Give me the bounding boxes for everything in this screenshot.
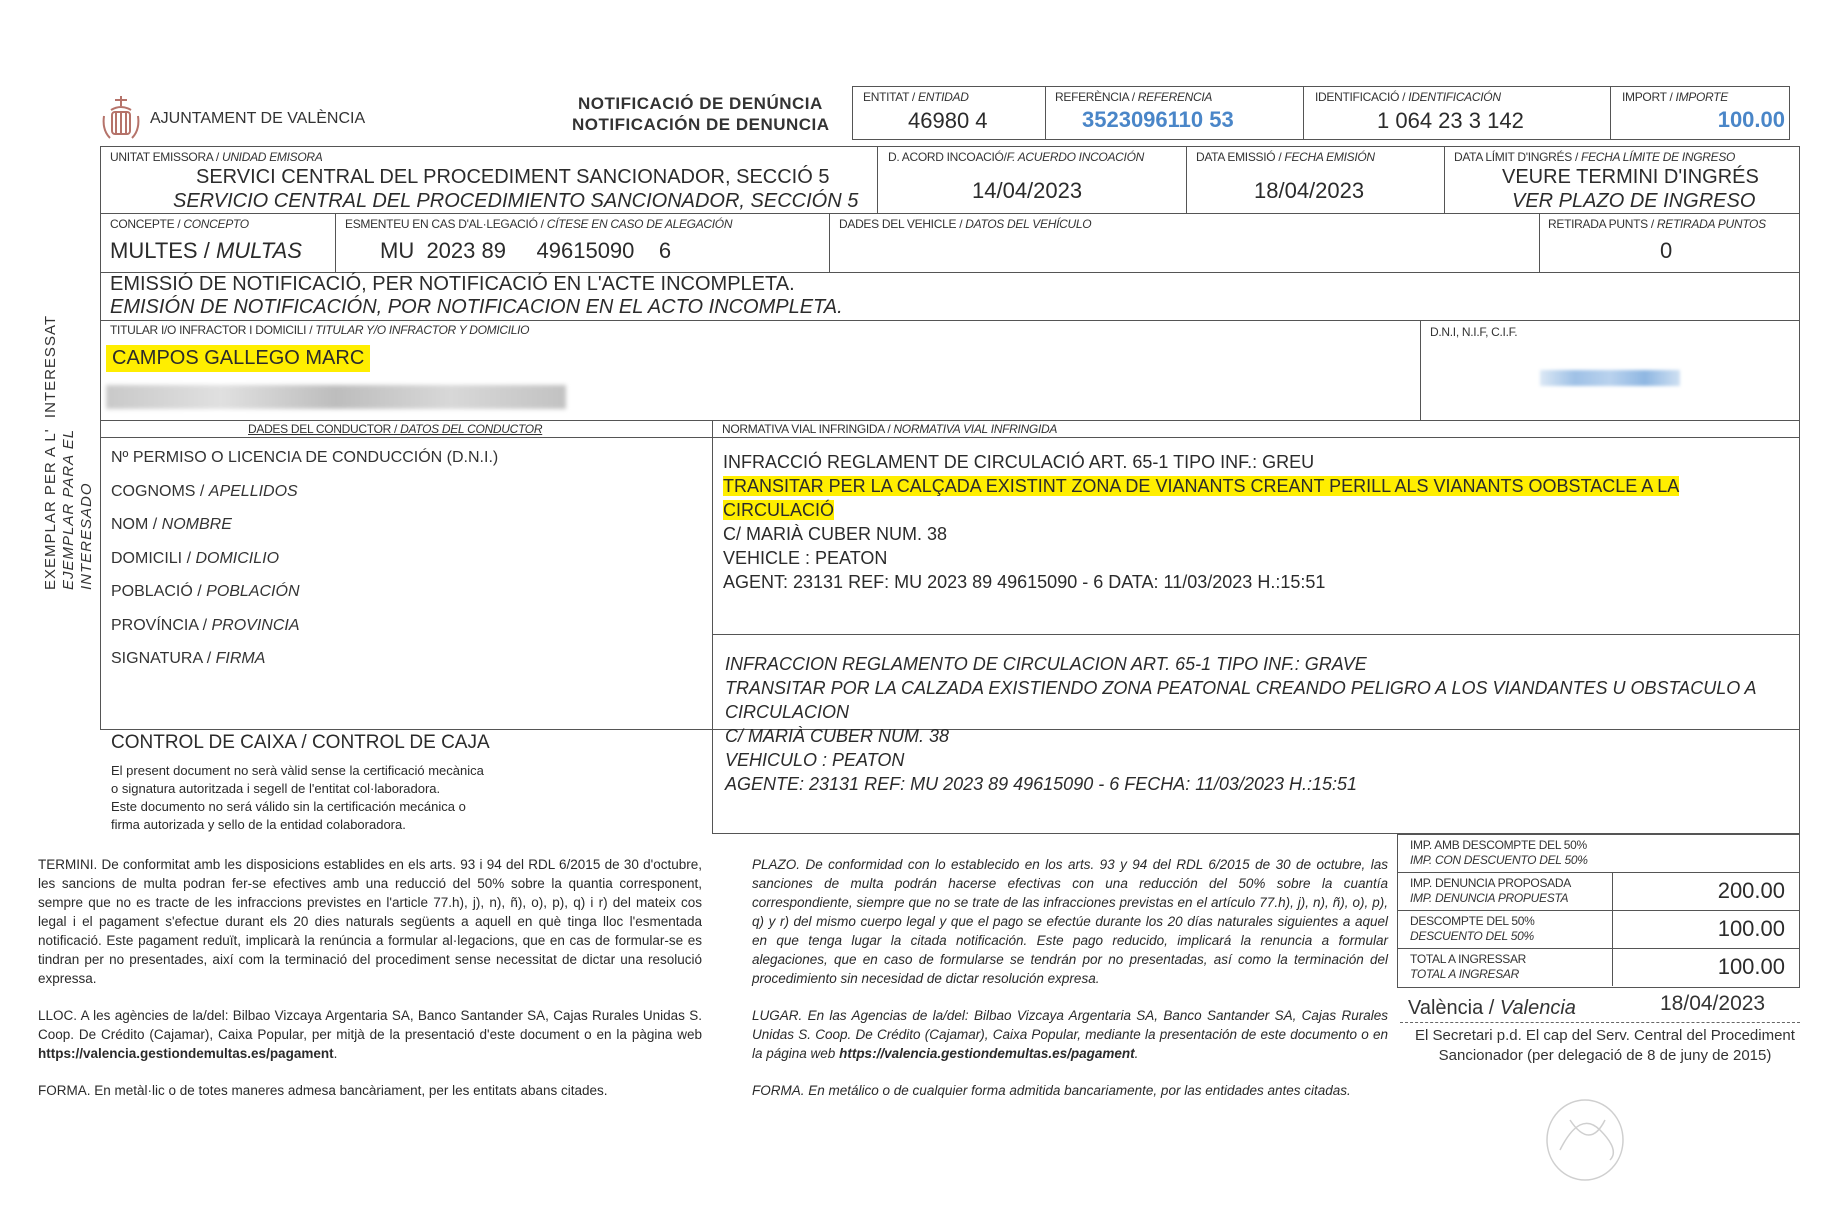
limit-label: DATA LÍMIT D'INGRÉS / FECHA LÍMITE DE IN… (1454, 150, 1735, 164)
lloc-text: LLOC. A les agències de la/del: Bilbao V… (38, 1006, 702, 1063)
amount-value: 100.00 (1718, 954, 1785, 980)
vehicle-label: DADES DEL VEHICLE / DATOS DEL VEHÍCULO (839, 217, 1091, 231)
normativa-es-box (712, 634, 1800, 834)
titular-label: TITULAR I/O INFRACTOR I DOMICILI / TITUL… (110, 323, 529, 337)
side-label: EXEMPLAR PER A L' INTERESSAT EJEMPLAR PA… (42, 330, 96, 590)
org-name: AJUNTAMENT DE VALÈNCIA (150, 110, 365, 128)
stamp-icon (1540, 1090, 1630, 1190)
conductor-field: NOM / NOMBRE (111, 513, 701, 547)
dni-label: D.N.I, N.I.F, C.I.F. (1430, 325, 1517, 339)
conductor-fields: Nº PERMISO O LICENCIA DE CONDUCCIÓN (D.N… (111, 446, 701, 681)
amount-label: TOTAL A INGRESSARTOTAL A INGRESAR (1410, 952, 1526, 982)
normativa-ca: INFRACCIÓ REGLAMENT DE CIRCULACIÓ ART. 6… (723, 450, 1679, 594)
identificacio-value: 1 064 23 3 142 (1377, 108, 1524, 134)
unitat-value-ca: SERVICI CENTRAL DEL PROCEDIMENT SANCIONA… (196, 166, 829, 189)
caixa-title: CONTROL DE CAIXA / CONTROL DE CAJA (111, 732, 490, 754)
punts-value: 0 (1660, 238, 1672, 264)
normativa-ca-line5: VEHICLE : PEATON (723, 546, 1679, 570)
punts-label: RETIRADA PUNTS / RETIRADA PUNTOS (1548, 217, 1766, 231)
titular-address-redacted (106, 385, 566, 409)
lugar-text: LUGAR. En las Agencias de la/del: Bilbao… (752, 1006, 1388, 1063)
titular-name: CAMPOS GALLEGO MARC (106, 345, 370, 372)
entitat-value: 46980 4 (908, 108, 988, 134)
normativa-ca-line4: C/ MARIÀ CUBER NUM. 38 (723, 522, 1679, 546)
identificacio-label: IDENTIFICACIÓ / IDENTIFICACIÓN (1315, 90, 1501, 104)
conductor-field: DOMICILI / DOMICILIO (111, 547, 701, 581)
limit-value-ca: VEURE TERMINI D'INGRÉS (1502, 166, 1759, 189)
conductor-field: COGNOMS / APELLIDOS (111, 480, 701, 514)
unitat-value-es: SERVICIO CENTRAL DEL PROCEDIMIENTO SANCI… (173, 190, 858, 213)
concepte-value: MULTES / MULTAS (110, 238, 302, 264)
conductor-field: SIGNATURA / FIRMA (111, 647, 701, 681)
normativa-ca-line1: INFRACCIÓ REGLAMENT DE CIRCULACIÓ ART. 6… (723, 450, 1679, 474)
amount-label: IMP. DENUNCIA PROPOSADAIMP. DENUNCIA PRO… (1410, 876, 1571, 906)
conductor-field: PROVÍNCIA / PROVINCIA (111, 614, 701, 648)
import-value: 100.00 (1718, 107, 1785, 133)
conductor-label: DADES DEL CONDUCTOR / DATOS DEL CONDUCTO… (248, 422, 542, 436)
concepte-label: CONCEPTE / CONCEPTO (110, 217, 249, 231)
acord-value: 14/04/2023 (972, 178, 1082, 204)
amount-label: DESCOMPTE DEL 50%DESCUENTO DEL 50% (1410, 914, 1535, 944)
title-ca: NOTIFICACIÓ DE DENÚNCIA (578, 94, 823, 114)
plazo-text: PLAZO. De conformidad con lo establecido… (752, 855, 1388, 988)
conductor-field: POBLACIÓ / POBLACIÓN (111, 580, 701, 614)
termini-text: TERMINI. De conformitat amb les disposic… (38, 855, 702, 988)
limit-value-es: VER PLAZO DE INGRESO (1512, 190, 1755, 213)
normativa-ca-line3: CIRCULACIÓ (723, 500, 834, 520)
emissio-notif-es: EMISIÓN DE NOTIFICACIÓN, POR NOTIFICACIO… (110, 296, 843, 319)
normativa-ca-line2: TRANSITAR PER LA CALÇADA EXISTINT ZONA D… (723, 476, 1679, 496)
forma-es-text: FORMA. En metálico o de cualquier forma … (752, 1081, 1388, 1100)
city-crest-icon (100, 92, 142, 144)
amount-value: 100.00 (1718, 916, 1785, 942)
esmenteu-label: ESMENTEU EN CAS D'AL·LEGACIÓ / CÍTESE EN… (345, 217, 732, 231)
amount-value: 200.00 (1718, 878, 1785, 904)
referencia-label: REFERÈNCIA / REFERENCIA (1055, 90, 1212, 104)
signature-place: València / Valencia (1408, 997, 1576, 1020)
entitat-label: ENTITAT / ENTIDAD (863, 90, 969, 104)
payment-link-es[interactable]: https://valencia.gestiondemultas.es/paga… (839, 1046, 1135, 1061)
forma-ca-text: FORMA. En metàl·lic o de totes maneres a… (38, 1081, 702, 1100)
terms-es: PLAZO. De conformidad con lo establecido… (752, 855, 1388, 1100)
normativa-label: NORMATIVA VIAL INFRINGIDA / NORMATIVA VI… (722, 422, 1057, 436)
normativa-ca-line6: AGENT: 23131 REF: MU 2023 89 49615090 - … (723, 570, 1679, 594)
emissio-label: DATA EMISSIÓ / FECHA EMISIÓN (1196, 150, 1375, 164)
unitat-label: UNITAT EMISSORA / UNIDAD EMISORA (110, 150, 322, 164)
conductor-field: Nº PERMISO O LICENCIA DE CONDUCCIÓN (D.N… (111, 446, 701, 480)
dni-value-redacted (1540, 370, 1680, 386)
emissio-value: 18/04/2023 (1254, 178, 1364, 204)
signature-text: El Secretari p.d. El cap del Serv. Centr… (1412, 1026, 1798, 1066)
signature-date: 18/04/2023 (1660, 992, 1765, 1016)
terms-ca: TERMINI. De conformitat amb les disposic… (38, 855, 702, 1100)
emissio-notif-ca: EMISSIÓ DE NOTIFICACIÓ, PER NOTIFICACIÓ … (110, 273, 795, 296)
import-label: IMPORT / IMPORTE (1622, 90, 1728, 104)
referencia-value: 3523096110 53 (1082, 107, 1234, 133)
title-es: NOTIFICACIÓN DE DENUNCIA (572, 115, 830, 135)
esmenteu-value: MU 2023 89 49615090 6 (380, 238, 671, 264)
amounts-header: IMP. AMB DESCOMPTE DEL 50% IMP. CON DESC… (1410, 838, 1588, 868)
acord-label: D. ACORD INCOACIÓ/F. ACUERDO INCOACIÓN (888, 150, 1144, 164)
caixa-text: El present document no serà vàlid sense … (111, 762, 484, 834)
payment-link-ca[interactable]: https://valencia.gestiondemultas.es/paga… (38, 1046, 334, 1061)
